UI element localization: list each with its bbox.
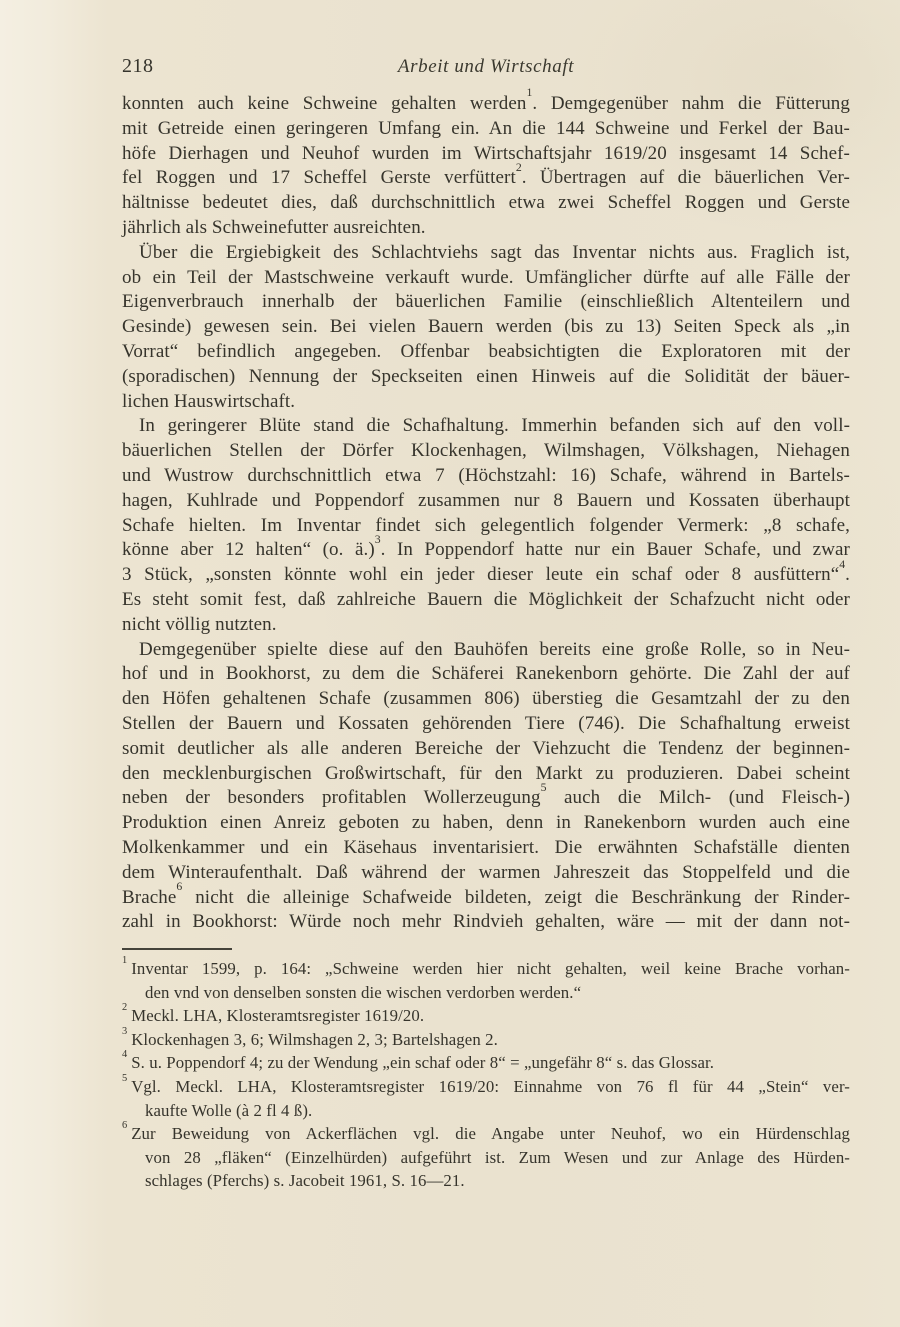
text-line: Eigenverbrauch innerhalb der bäuerlichen… (122, 290, 850, 315)
footnote-reference: 5 (541, 781, 547, 794)
footnote-line: den vnd von denselben sonsten die wische… (145, 981, 850, 1005)
text-line: zahl in Bookhorst: Würde noch mehr Rindv… (122, 910, 850, 935)
text-line: ob ein Teil der Mastschweine verkauft wu… (122, 266, 850, 291)
footnote-reference: 6 (176, 880, 182, 893)
text-line: Molkenkammer und ein Käsehaus inventaris… (122, 836, 850, 861)
footnote-line: 3Klockenhagen 3, 6; Wilmshagen 2, 3; Bar… (145, 1028, 850, 1052)
text-line: bäuerlichen Stellen der Dörfer Klockenha… (122, 439, 850, 464)
text-line: höfe Dierhagen und Neuhof wurden im Wirt… (122, 142, 850, 167)
footnote-reference: 1 (526, 86, 532, 99)
text-line: 3 Stück, „sonsten könnte wohl ein jeder … (122, 563, 850, 588)
footnote-marker: 2 (122, 1002, 127, 1013)
footnote-marker: 1 (122, 955, 127, 966)
footnote: 2Meckl. LHA, Klosteramtsregister 1619/20… (122, 1004, 850, 1028)
footnote-line: kaufte Wolle (à 2 fl 4 ß). (145, 1099, 850, 1123)
footnote: 5Vgl. Meckl. LHA, Klosteramtsregister 16… (122, 1075, 850, 1122)
footnote-line: 5Vgl. Meckl. LHA, Klosteramtsregister 16… (145, 1075, 850, 1099)
text-line: den mecklenburgischen Großwirtschaft, fü… (122, 762, 850, 787)
text-line: Brache6 nicht die alleinige Schafweide b… (122, 886, 850, 911)
running-title: Arbeit und Wirtschaft (122, 56, 850, 78)
footnote: 6Zur Beweidung von Ackerflächen vgl. die… (122, 1122, 850, 1193)
body-paragraph: konnten auch keine Schweine gehalten wer… (122, 92, 850, 241)
text-line: Stellen der Bauern und Kossaten gehörend… (122, 712, 850, 737)
text-line: lichen Hauswirtschaft. (122, 390, 850, 415)
footnote: 3Klockenhagen 3, 6; Wilmshagen 2, 3; Bar… (122, 1028, 850, 1052)
text-line: Es steht somit fest, daß zahlreiche Baue… (122, 588, 850, 613)
footnote-line: schlages (Pferchs) s. Jacobeit 1961, S. … (145, 1169, 850, 1193)
text-line: dem Winteraufenthalt. Daß während der wa… (122, 861, 850, 886)
footnote: 1Inventar 1599, p. 164: „Schweine werden… (122, 957, 850, 1004)
text-line: fel Roggen und 17 Scheffel Gerste verfüt… (122, 166, 850, 191)
text-line: In geringerer Blüte stand die Schafhaltu… (122, 414, 850, 439)
text-line: somit deutlicher als alle anderen Bereic… (122, 737, 850, 762)
body-paragraph: Demgegenüber spielte diese auf den Bauhö… (122, 638, 850, 936)
page-header: 218 Arbeit und Wirtschaft (122, 55, 850, 83)
book-page: 218 Arbeit und Wirtschaft konnten auch k… (0, 0, 900, 1327)
text-line: Schafe hielten. Im Inventar findet sich … (122, 514, 850, 539)
text-line: Über die Ergiebigkeit des Schlachtviehs … (122, 241, 850, 266)
text-line: nicht völlig nutzten. (122, 613, 850, 638)
body-paragraph: In geringerer Blüte stand die Schafhaltu… (122, 414, 850, 637)
text-line: den Höfen gehaltenen Schafe (zusammen 80… (122, 687, 850, 712)
footnote-marker: 4 (122, 1049, 127, 1060)
footnote-line: 6Zur Beweidung von Ackerflächen vgl. die… (145, 1122, 850, 1146)
footnote-marker: 5 (122, 1073, 127, 1084)
body-text: konnten auch keine Schweine gehalten wer… (122, 92, 850, 935)
footnote-line: 4S. u. Poppendorf 4; zu der Wendung „ein… (145, 1051, 850, 1075)
footnote-reference: 2 (516, 161, 522, 174)
footnote-marker: 3 (122, 1026, 127, 1037)
text-line: Demgegenüber spielte diese auf den Bauhö… (122, 638, 850, 663)
footnote-line: 1Inventar 1599, p. 164: „Schweine werden… (145, 957, 850, 981)
text-line: hof und in Bookhorst, zu dem die Schäfer… (122, 662, 850, 687)
text-line: hagen, Kuhlrade und Poppendorf zusammen … (122, 489, 850, 514)
text-line: jährlich als Schweinefutter ausreichten. (122, 216, 850, 241)
text-line: hältnisse bedeutet dies, daß durchschnit… (122, 191, 850, 216)
footnote: 4S. u. Poppendorf 4; zu der Wendung „ein… (122, 1051, 850, 1075)
text-line: konnten auch keine Schweine gehalten wer… (122, 92, 850, 117)
text-line: neben der besonders profitablen Wollerze… (122, 786, 850, 811)
text-line: Produktion einen Anreiz geboten zu haben… (122, 811, 850, 836)
footnote-reference: 3 (375, 533, 381, 546)
text-line: mit Getreide einen geringeren Umfang ein… (122, 117, 850, 142)
footnote-line: von 28 „fläken“ (Einzelhürden) aufgeführ… (145, 1146, 850, 1170)
text-line: und Wustrow durchschnittlich etwa 7 (Höc… (122, 464, 850, 489)
text-line: Vorrat“ befindlich angegeben. Offenbar b… (122, 340, 850, 365)
text-line: (sporadischen) Nennung der Speckseiten e… (122, 365, 850, 390)
footnote-marker: 6 (122, 1120, 127, 1131)
body-paragraph: Über die Ergiebigkeit des Schlachtviehs … (122, 241, 850, 415)
footnote-line: 2Meckl. LHA, Klosteramtsregister 1619/20… (145, 1004, 850, 1028)
text-line: Gesinde) gewesen sein. Bei vielen Bauern… (122, 315, 850, 340)
footnote-reference: 4 (839, 558, 845, 571)
footnote-separator (122, 948, 232, 950)
footnotes: 1Inventar 1599, p. 164: „Schweine werden… (122, 957, 850, 1193)
text-line: könne aber 12 halten“ (o. ä.)3. In Poppe… (122, 538, 850, 563)
